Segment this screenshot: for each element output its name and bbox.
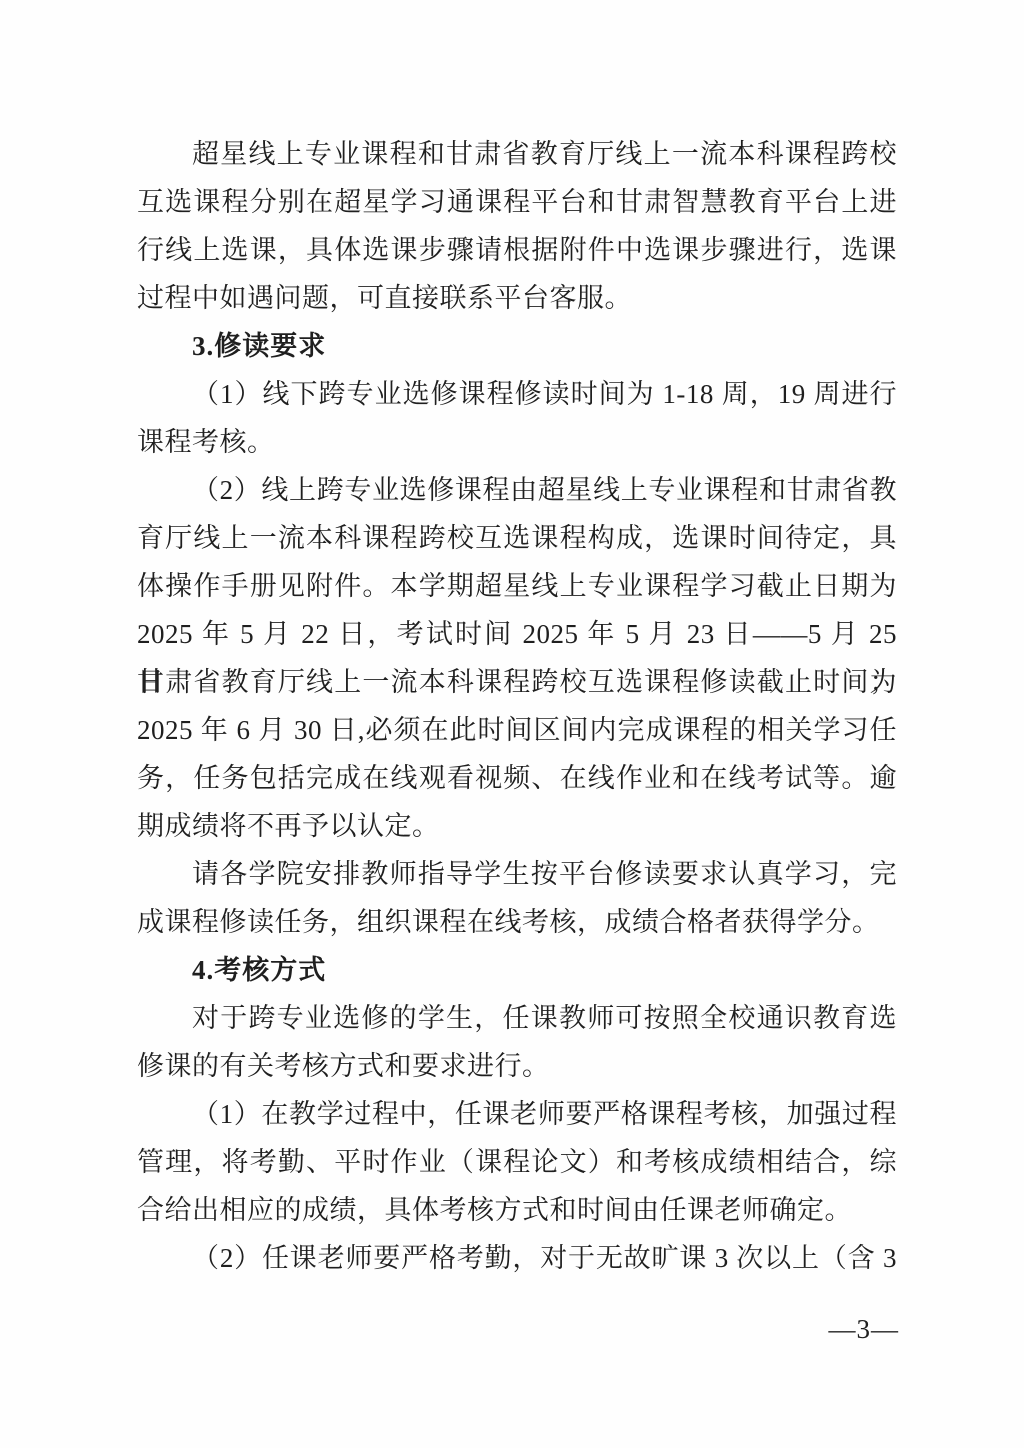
page-number: —3— — [829, 1305, 900, 1353]
text-line: 行线上选课，具体选课步骤请根据附件中选课步骤进行，选课 — [137, 226, 897, 274]
text-line: 互选课程分别在超星学习通课程平台和甘肃智慧教育平台上进 — [137, 178, 897, 226]
text-line: 期成绩将不再予以认定。 — [137, 802, 897, 850]
text-line: 合给出相应的成绩，具体考核方式和时间由任课老师确定。 — [137, 1186, 897, 1234]
text-line: 2025 年 6 月 30 日,必须在此时间区间内完成课程的相关学习任 — [137, 706, 897, 754]
text-line: （1）在教学过程中，任课老师要严格课程考核，加强过程 — [137, 1090, 897, 1138]
text-line: 请各学院安排教师指导学生按平台修读要求认真学习，完 — [137, 850, 897, 898]
text-line: 对于跨专业选修的学生，任课教师可按照全校通识教育选 — [137, 994, 897, 1042]
text-line: 过程中如遇问题，可直接联系平台客服。 — [137, 274, 897, 322]
text-line: 甘肃省教育厅线上一流本科课程跨校互选课程修读截止时间为 — [137, 658, 897, 706]
text-line: 育厅线上一流本科课程跨校互选课程构成，选课时间待定，具 — [137, 514, 897, 562]
text-line: 成课程修读任务，组织课程在线考核，成绩合格者获得学分。 — [137, 898, 897, 946]
text-line: 管理，将考勤、平时作业（课程论文）和考核成绩相结合，综 — [137, 1138, 897, 1186]
section-heading: 3.修读要求 — [137, 322, 897, 370]
document-page: 超星线上专业课程和甘肃省教育厅线上一流本科课程跨校互选课程分别在超星学习通课程平… — [0, 0, 1024, 1448]
text-line: 超星线上专业课程和甘肃省教育厅线上一流本科课程跨校 — [137, 130, 897, 178]
text-line: 课程考核。 — [137, 418, 897, 466]
text-line: （2）任课老师要严格考勤，对于无故旷课 3 次以上（含 3 — [137, 1234, 897, 1282]
text-line: （2）线上跨专业选修课程由超星线上专业课程和甘肃省教 — [137, 466, 897, 514]
document-body: 超星线上专业课程和甘肃省教育厅线上一流本科课程跨校互选课程分别在超星学习通课程平… — [137, 130, 897, 1282]
text-line: 体操作手册见附件。本学期超星线上专业课程学习截止日期为 — [137, 562, 897, 610]
section-heading: 4.考核方式 — [137, 946, 897, 994]
text-line: （1）线下跨专业选修课程修读时间为 1-18 周，19 周进行 — [137, 370, 897, 418]
text-line: 2025 年 5 月 22 日，考试时间 2025 年 5 月 23 日——5 … — [137, 610, 897, 658]
text-line: 修课的有关考核方式和要求进行。 — [137, 1042, 897, 1090]
text-line: 务，任务包括完成在线观看视频、在线作业和在线考试等。逾 — [137, 754, 897, 802]
